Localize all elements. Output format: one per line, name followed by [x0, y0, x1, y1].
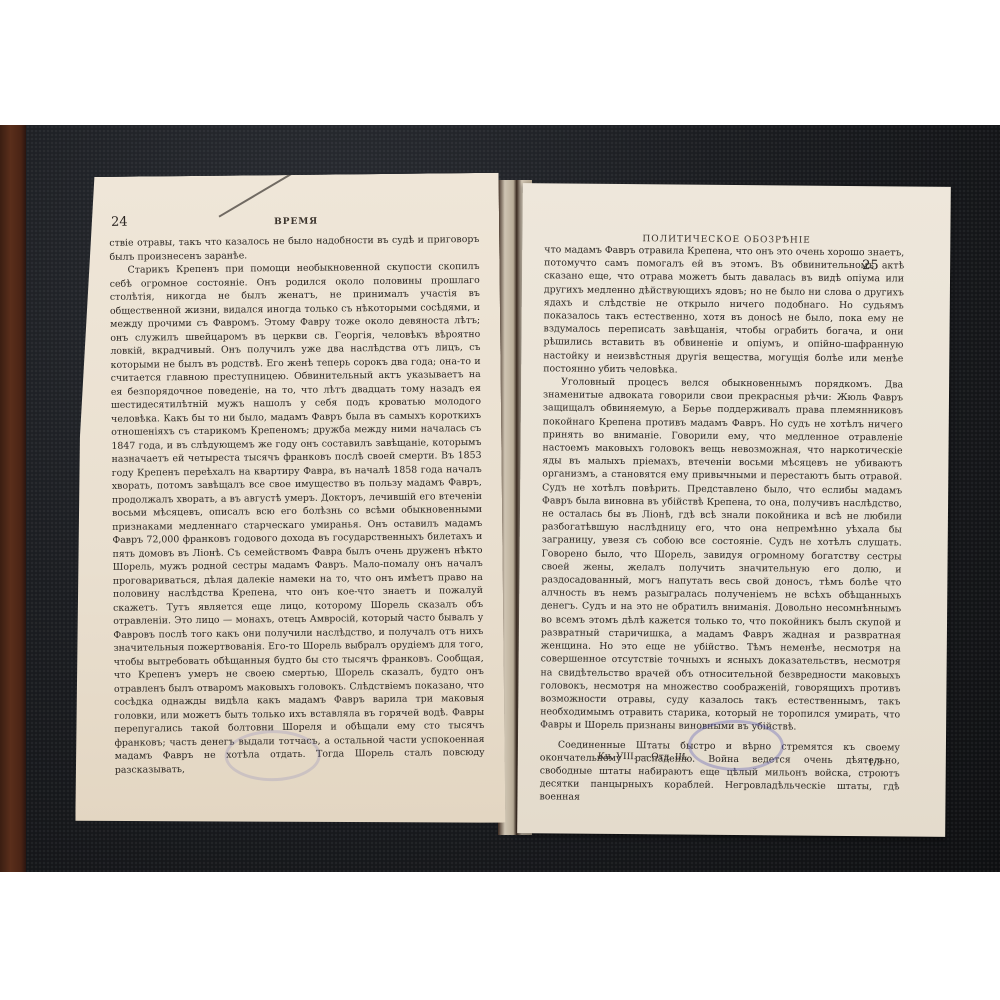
- wooden-table-edge: [0, 125, 26, 872]
- page-number: 24: [111, 215, 128, 230]
- left-page: 24 ВРЕМЯ ствіе отравы, такъ что казалось…: [69, 173, 506, 827]
- running-head: ВРЕМЯ: [274, 217, 318, 227]
- right-page: ПОЛИТИЧЕСКОЕ ОБОЗРѢНІЕ 25 что мадамъ Фав…: [517, 183, 951, 837]
- paragraph: Уголовный процесъ велся обыкновеннымъ по…: [540, 375, 903, 735]
- paragraph: ствіе отравы, такъ что казалось не было …: [109, 233, 479, 264]
- paragraph: Старикъ Крепенъ при помощи необыкновенно…: [110, 260, 485, 777]
- paragraph: что мадамъ Фавръ отравила Крепена, что о…: [543, 243, 904, 378]
- signature-mark: Кн. VIII. — Отд. III.: [598, 752, 689, 763]
- sheet-mark: 1/3: [868, 758, 883, 768]
- library-stamp: [688, 720, 784, 772]
- left-page-body: ствіе отравы, такъ что казалось не было …: [109, 233, 485, 777]
- book-photo: 24 ВРЕМЯ ствіе отравы, такъ что казалось…: [0, 125, 1000, 872]
